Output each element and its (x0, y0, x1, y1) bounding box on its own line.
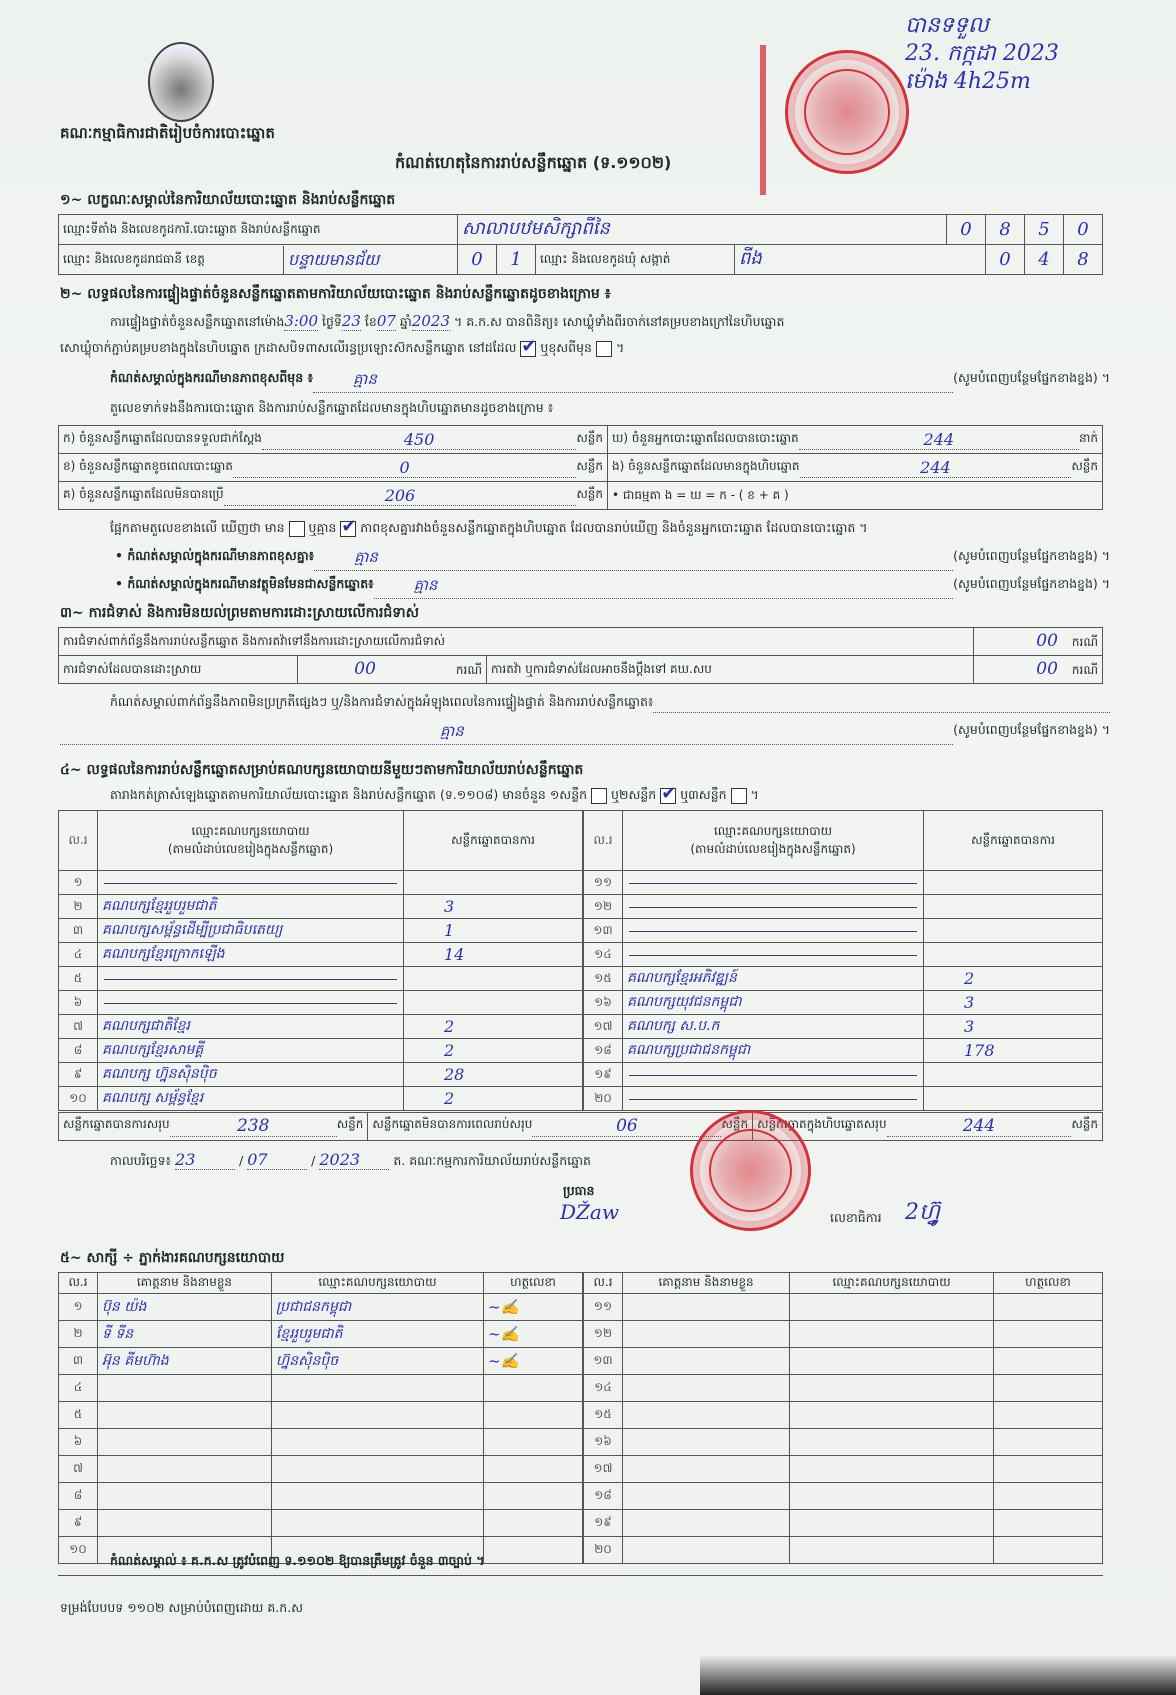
party-votes (924, 871, 1103, 895)
formula-note: • ជាធម្មតា ង = ឃ = ក - ( ខ + គ ) (608, 482, 1103, 510)
party-name (623, 1087, 924, 1111)
secretary-label: លេខាធិការ (830, 1210, 882, 1229)
witness-party: ប្រជាជនកម្ពុជា (271, 1294, 483, 1321)
party-name: គណបក្សខ្មែរសាមគ្គី (98, 1039, 404, 1063)
witness-party (790, 1510, 994, 1537)
received-note: បានទទួល 23. កក្កដា 2023 ម៉ោង 4h25m (905, 12, 1059, 96)
verify-line-2: សោឃ្លុំចាក់ភ្ជាប់គម្របខាងក្នុងនៃហិបឆ្នោត… (60, 340, 1110, 359)
section3-heading: ៣~ ការជំទាស់ និងការមិនយល់ព្រមតាមការដោះស្… (60, 603, 419, 624)
table-row: ១៣ (584, 919, 1103, 943)
witness-table: ល.រគោត្តនាម និងនាមខ្លួនឈ្មោះគណបក្សនយោបាយ… (58, 1272, 1103, 1564)
party-votes (924, 943, 1103, 967)
strike-line (629, 1075, 917, 1076)
party-name: គណបក្សជាតិខ្មែរ (98, 1015, 404, 1039)
witness-signature (994, 1375, 1103, 1402)
party-name (623, 895, 924, 919)
party-votes (404, 991, 583, 1015)
witness-party (271, 1375, 483, 1402)
station-name: សាលាបឋមសិក្សាពីនៃ (458, 215, 947, 245)
irregularity-note-line: កំណត់សម្គាល់ពាក់ព័ន្ធនឹងភាពមិនប្រក្រតីផ្… (110, 694, 1110, 713)
witness-signature (994, 1348, 1103, 1375)
party-name (623, 871, 924, 895)
witness-party (790, 1294, 994, 1321)
strike-line (104, 1003, 397, 1004)
party-votes: 14 (404, 943, 583, 967)
witness-name: ទី ទីន (98, 1321, 272, 1348)
party-votes: 2 (404, 1087, 583, 1111)
witness-signature (994, 1402, 1103, 1429)
table-row: ៤គណបក្សខ្មែរក្រោកឡើង14 (59, 943, 583, 967)
strike-line (629, 1099, 917, 1100)
table-row: ១៧គណបក្ស ស.ប.ក3 (584, 1015, 1103, 1039)
party-votes: 2 (404, 1039, 583, 1063)
witness-name (98, 1456, 272, 1483)
table-row: ១ប៊ុន យ៉ងប្រជាជនកម្ពុជា~✍ (59, 1294, 583, 1321)
witness-name (623, 1402, 790, 1429)
strike-line (629, 955, 917, 956)
party-name: គណបក្សប្រជាជនកម្ពុជា (623, 1039, 924, 1063)
appeal-count: 00 (1036, 659, 1058, 679)
party-name: គណបក្សខ្មែររួបរួមជាតិ (98, 895, 404, 919)
table-row: ៩គណបក្ស ហ្វ៊ុនស៊ិនប៉ិច28 (59, 1063, 583, 1087)
party-votes: 28 (404, 1063, 583, 1087)
witness-signature (994, 1537, 1103, 1564)
witness-name (623, 1348, 790, 1375)
party-votes (404, 871, 583, 895)
count-intro: តួលេខទាក់ទងនឹងការបោះឆ្នោត និងការរាប់សន្ល… (110, 400, 553, 419)
witness-signature (484, 1483, 583, 1510)
witness-signature (994, 1429, 1103, 1456)
witness-party: ខ្មែររួបរួមជាតិ (271, 1321, 483, 1348)
witness-party (790, 1537, 994, 1564)
table-row: ២គណបក្សខ្មែររួបរួមជាតិ3 (59, 895, 583, 919)
table-row: ៦ (59, 991, 583, 1015)
total-invalid: 06 (532, 1116, 721, 1137)
totals-table: សន្លឹកឆ្នោតបានការសរុប238សន្លឹក សន្លឹកឆ្ន… (58, 1112, 1103, 1141)
table-row: ៦ (59, 1429, 583, 1456)
party-votes (924, 1063, 1103, 1087)
table-row: ១៣ (584, 1348, 1103, 1375)
note-diff-line: • កំណត់សម្គាល់ក្នុងករណីមានភាពខុសគ្នា៖ គ្… (115, 548, 1110, 571)
table-row: ២ទី ទីនខ្មែររួបរួមជាតិ~✍ (59, 1321, 583, 1348)
party-votes (924, 895, 1103, 919)
witness-party (271, 1510, 483, 1537)
section4-heading: ៤~ លទ្ធផលនៃការរាប់សន្លឹកឆ្នោតសម្រាប់គណបក… (60, 760, 583, 781)
table-row: ១៨ (584, 1483, 1103, 1510)
witness-name: ប៊ុន យ៉ង (98, 1294, 272, 1321)
table-row: ១៩ (584, 1510, 1103, 1537)
party-name (623, 1063, 924, 1087)
witness-party (790, 1348, 994, 1375)
section2-heading: ២~ លទ្ធផលនៃការផ្ទៀងផ្ទាត់ចំនួនសន្លឹកឆ្នោ… (60, 284, 611, 305)
witness-signature: ~✍ (484, 1348, 583, 1375)
table-row: ១៩ (584, 1063, 1103, 1087)
witness-party (271, 1429, 483, 1456)
table-row: ១០គណបក្ស សម្ព័ន្ធខ្មែរ2 (59, 1087, 583, 1111)
table-row: ១៦គណបក្សយុវជនកម្ពុជា3 (584, 991, 1103, 1015)
table-row: ១៨គណបក្សប្រជាជនកម្ពុជា178 (584, 1039, 1103, 1063)
diff-line: ផ្អែកតាមតួលេខខាងលើ ឃើញថា មាន ឬគ្មាន ភាពខ… (110, 520, 1110, 539)
party-name: គណបក្ស ស.ប.ក (623, 1015, 924, 1039)
station-label: ឈ្មោះទីតាំង និងលេខកូដការិ.បោះឆ្នោត និងរា… (59, 215, 458, 245)
table-row: ១១ (584, 1294, 1103, 1321)
party-votes: 3 (404, 895, 583, 919)
verify-line-1: ការផ្ទៀងផ្ទាត់ចំនួនសន្លឹកឆ្នោតនៅម៉ោង3:00… (110, 312, 1110, 333)
witness-party (790, 1321, 994, 1348)
witness-name (98, 1510, 272, 1537)
party-votes: 3 (924, 991, 1103, 1015)
strike-line (629, 907, 917, 908)
party-name (623, 943, 924, 967)
party-votes (404, 967, 583, 991)
witness-signature: ~✍ (484, 1321, 583, 1348)
table-row: ២០ (584, 1087, 1103, 1111)
table-row: ៥ (59, 967, 583, 991)
table-row: ២០ (584, 1537, 1103, 1564)
witness-signature (484, 1510, 583, 1537)
table-row: ១២ (584, 1321, 1103, 1348)
note-prev-line: កំណត់សម្គាល់ក្នុងករណីមានភាពខុសពីមុន ៖ គ្… (110, 370, 1110, 393)
witness-name (623, 1456, 790, 1483)
commune-name: ពីង (735, 245, 986, 275)
party-name: គណបក្ស ហ្វ៊ុនស៊ិនប៉ិច (98, 1063, 404, 1087)
station-info-table: ឈ្មោះទីតាំង និងលេខកូដការិ.បោះឆ្នោត និងរា… (58, 214, 1103, 275)
witness-name (98, 1483, 272, 1510)
party-name: គណបក្ស សម្ព័ន្ធខ្មែរ (98, 1087, 404, 1111)
table-row: ១៤ (584, 1375, 1103, 1402)
table-row: ១៤ (584, 943, 1103, 967)
witness-party (271, 1402, 483, 1429)
ballot-count-table: ក) ចំនួនសន្លឹកឆ្នោតដែលបានទទួលជាក់ស្តែង45… (58, 425, 1103, 510)
voters-voted: 244 (799, 430, 1079, 450)
province-name: បន្ទាយមានជ័យ (283, 246, 457, 274)
witness-signature: ~✍ (484, 1294, 583, 1321)
diff-none-checkbox[interactable] (340, 521, 356, 537)
witness-signature (994, 1294, 1103, 1321)
section5-heading: ៥~ សាក្សី ÷ ភ្នាក់ងារគណបក្សនយោបាយ (60, 1248, 285, 1269)
witness-party (790, 1375, 994, 1402)
party-votes: 2 (404, 1015, 583, 1039)
changed-checkbox[interactable] (596, 341, 612, 357)
witness-signature (484, 1537, 583, 1564)
table-row: ១៥ (584, 1402, 1103, 1429)
table-row: ៣គណបក្សសម្ព័ន្ធដើម្បីប្រជាធិបតេយ្យ1 (59, 919, 583, 943)
party-name (98, 871, 404, 895)
witness-signature (484, 1402, 583, 1429)
party-name: គណបក្សខ្មែរអភិវឌ្ឍន៍ (623, 967, 924, 991)
nec-emblem-icon (148, 42, 214, 122)
document-page: គណៈកម្មាធិការជាតិរៀបចំការបោះឆ្នោត កំណត់ហ… (0, 0, 1176, 1695)
witness-signature (484, 1429, 583, 1456)
table-row: ១២ (584, 895, 1103, 919)
secretary-signature: 2ហ្វ៊ូ (905, 1198, 940, 1230)
witness-name (623, 1321, 790, 1348)
witness-name (98, 1375, 272, 1402)
witness-name (98, 1402, 272, 1429)
table-row: ៣អ៊ុន គីមហ៊ាងហ្វ៊ុនស៊ិនប៉ិច~✍ (59, 1348, 583, 1375)
party-name: គណបក្សយុវជនកម្ពុជា (623, 991, 924, 1015)
party-votes: 2 (924, 967, 1103, 991)
party-votes: 3 (924, 1015, 1103, 1039)
witness-name (623, 1429, 790, 1456)
form-footer: ទម្រង់បែបបទ ១១០២ សម្រាប់បំពេញដោយ គ.ក.ស (60, 1600, 303, 1619)
party-results-left: ល.រ ឈ្មោះគណបក្សនយោបាយ(តាមលំដាប់លេខរៀងក្ន… (58, 810, 583, 1111)
two-sheet-checkbox[interactable] (660, 788, 676, 804)
party-results-right: ល.រ ឈ្មោះគណបក្សនយោបាយ(តាមលំដាប់លេខរៀងក្ន… (583, 810, 1103, 1111)
chair-signature: Ǆaw (560, 1200, 619, 1224)
official-stamp-icon (785, 50, 909, 174)
footer-note: កំណត់សម្គាល់ ៖ គ.ក.ស ត្រូវបំពេញ ទ.១១០២ ឱ… (110, 1553, 485, 1572)
table-row: ១ (59, 871, 583, 895)
witness-party (790, 1429, 994, 1456)
ballots-in-box: 244 (800, 458, 1072, 478)
objections-count: 00 (1036, 631, 1058, 651)
party-name: គណបក្សសម្ព័ន្ធដើម្បីប្រជាធិបតេយ្យ (98, 919, 404, 943)
table-row: ៤ (59, 1375, 583, 1402)
note-prev-value: គ្មាន (313, 370, 953, 393)
witness-signature (484, 1456, 583, 1483)
party-results: ល.រ ឈ្មោះគណបក្សនយោបាយ(តាមលំដាប់លេខរៀងក្ន… (58, 810, 1103, 1111)
witness-party (271, 1456, 483, 1483)
table-row: ៧គណបក្សជាតិខ្មែរ2 (59, 1015, 583, 1039)
table-row: ១៦ (584, 1429, 1103, 1456)
witness-name (623, 1375, 790, 1402)
table-row: ១៥គណបក្សខ្មែរអភិវឌ្ឍន៍2 (584, 967, 1103, 991)
witness-signature (994, 1483, 1103, 1510)
table-row: ១១ (584, 871, 1103, 895)
witness-party (790, 1483, 994, 1510)
party-votes: 178 (924, 1039, 1103, 1063)
date-line: កាលបរិច្ឆេទ៖ 23 / 07 / 2023 ត. គណៈកម្មកា… (110, 1150, 591, 1172)
witness-party: ហ្វ៊ុនស៊ិនប៉ិច (271, 1348, 483, 1375)
section1-heading: ១~ លក្ខណៈសម្គាល់នៃការិយាល័យបោះឆ្នោត និងរ… (60, 190, 395, 211)
witness-name: អ៊ុន គីមហ៊ាង (98, 1348, 272, 1375)
table-row: ១៧ (584, 1456, 1103, 1483)
witness-signature (994, 1510, 1103, 1537)
commune-label: ឈ្មោះ និងលេខកូដឃុំ សង្កាត់ (536, 245, 735, 275)
party-name (623, 919, 924, 943)
irregularity-note-value: គ្មាន (60, 722, 953, 745)
witness-signature (994, 1456, 1103, 1483)
party-votes (924, 919, 1103, 943)
tally-sheet-line: តារាងកត់ត្រាសំឡេងឆ្នោតតាមការិយាល័យបោះឆ្ន… (110, 787, 759, 806)
witness-signature (484, 1375, 583, 1402)
same-checkbox[interactable] (520, 341, 536, 357)
irregularity-note-line-2: គ្មាន (សូមបំពេញបន្ថែមផ្នែកខាងខ្នង) ។ (60, 722, 1110, 745)
form-title: កំណត់ហេតុនៃការរាប់សន្លឹកឆ្នោត (ទ.១១០២) (395, 152, 671, 176)
table-row: ៥ (59, 1402, 583, 1429)
witness-name (623, 1483, 790, 1510)
note-object-line: • កំណត់សម្គាល់ក្នុងករណីមានវត្ថុមិនមែនជាស… (115, 576, 1110, 599)
org-name: គណៈកម្មាធិការជាតិរៀបចំការបោះឆ្នោត (60, 124, 275, 146)
witness-party (271, 1483, 483, 1510)
table-row: ៨គណបក្សខ្មែរសាមគ្គី2 (59, 1039, 583, 1063)
strike-line (629, 931, 917, 932)
witness-party (790, 1402, 994, 1429)
table-row: ៧ (59, 1456, 583, 1483)
party-votes (924, 1087, 1103, 1111)
party-name (98, 991, 404, 1015)
received-ballots: 450 (262, 430, 576, 450)
three-sheet-checkbox[interactable] (731, 788, 747, 804)
strike-line (629, 883, 917, 884)
objections-table: ការជំទាស់ពាក់ព័ន្ធនឹងការរាប់សន្លឹកឆ្នោត … (58, 627, 1103, 684)
strike-line (104, 883, 397, 884)
witness-name (98, 1429, 272, 1456)
witness-party (790, 1456, 994, 1483)
stamp-bracket (760, 45, 766, 195)
total-in-box: 244 (887, 1116, 1072, 1137)
table-row: ៩ (59, 1510, 583, 1537)
witness-name (623, 1510, 790, 1537)
unused-ballots: 206 (224, 486, 577, 506)
party-name (98, 967, 404, 991)
witness-signature (994, 1321, 1103, 1348)
diff-has-checkbox[interactable] (289, 521, 305, 537)
spoiled-ballots: 0 (233, 458, 576, 478)
committee-stamp-icon (690, 1110, 811, 1231)
party-votes: 1 (404, 919, 583, 943)
party-name: គណបក្សខ្មែរក្រោកឡើង (98, 943, 404, 967)
resolved-count: 00 (354, 659, 376, 679)
one-sheet-checkbox[interactable] (591, 788, 607, 804)
strike-line (104, 979, 397, 980)
witness-name (623, 1537, 790, 1564)
table-row: ៨ (59, 1483, 583, 1510)
total-valid: 238 (170, 1116, 337, 1137)
witness-name (623, 1294, 790, 1321)
